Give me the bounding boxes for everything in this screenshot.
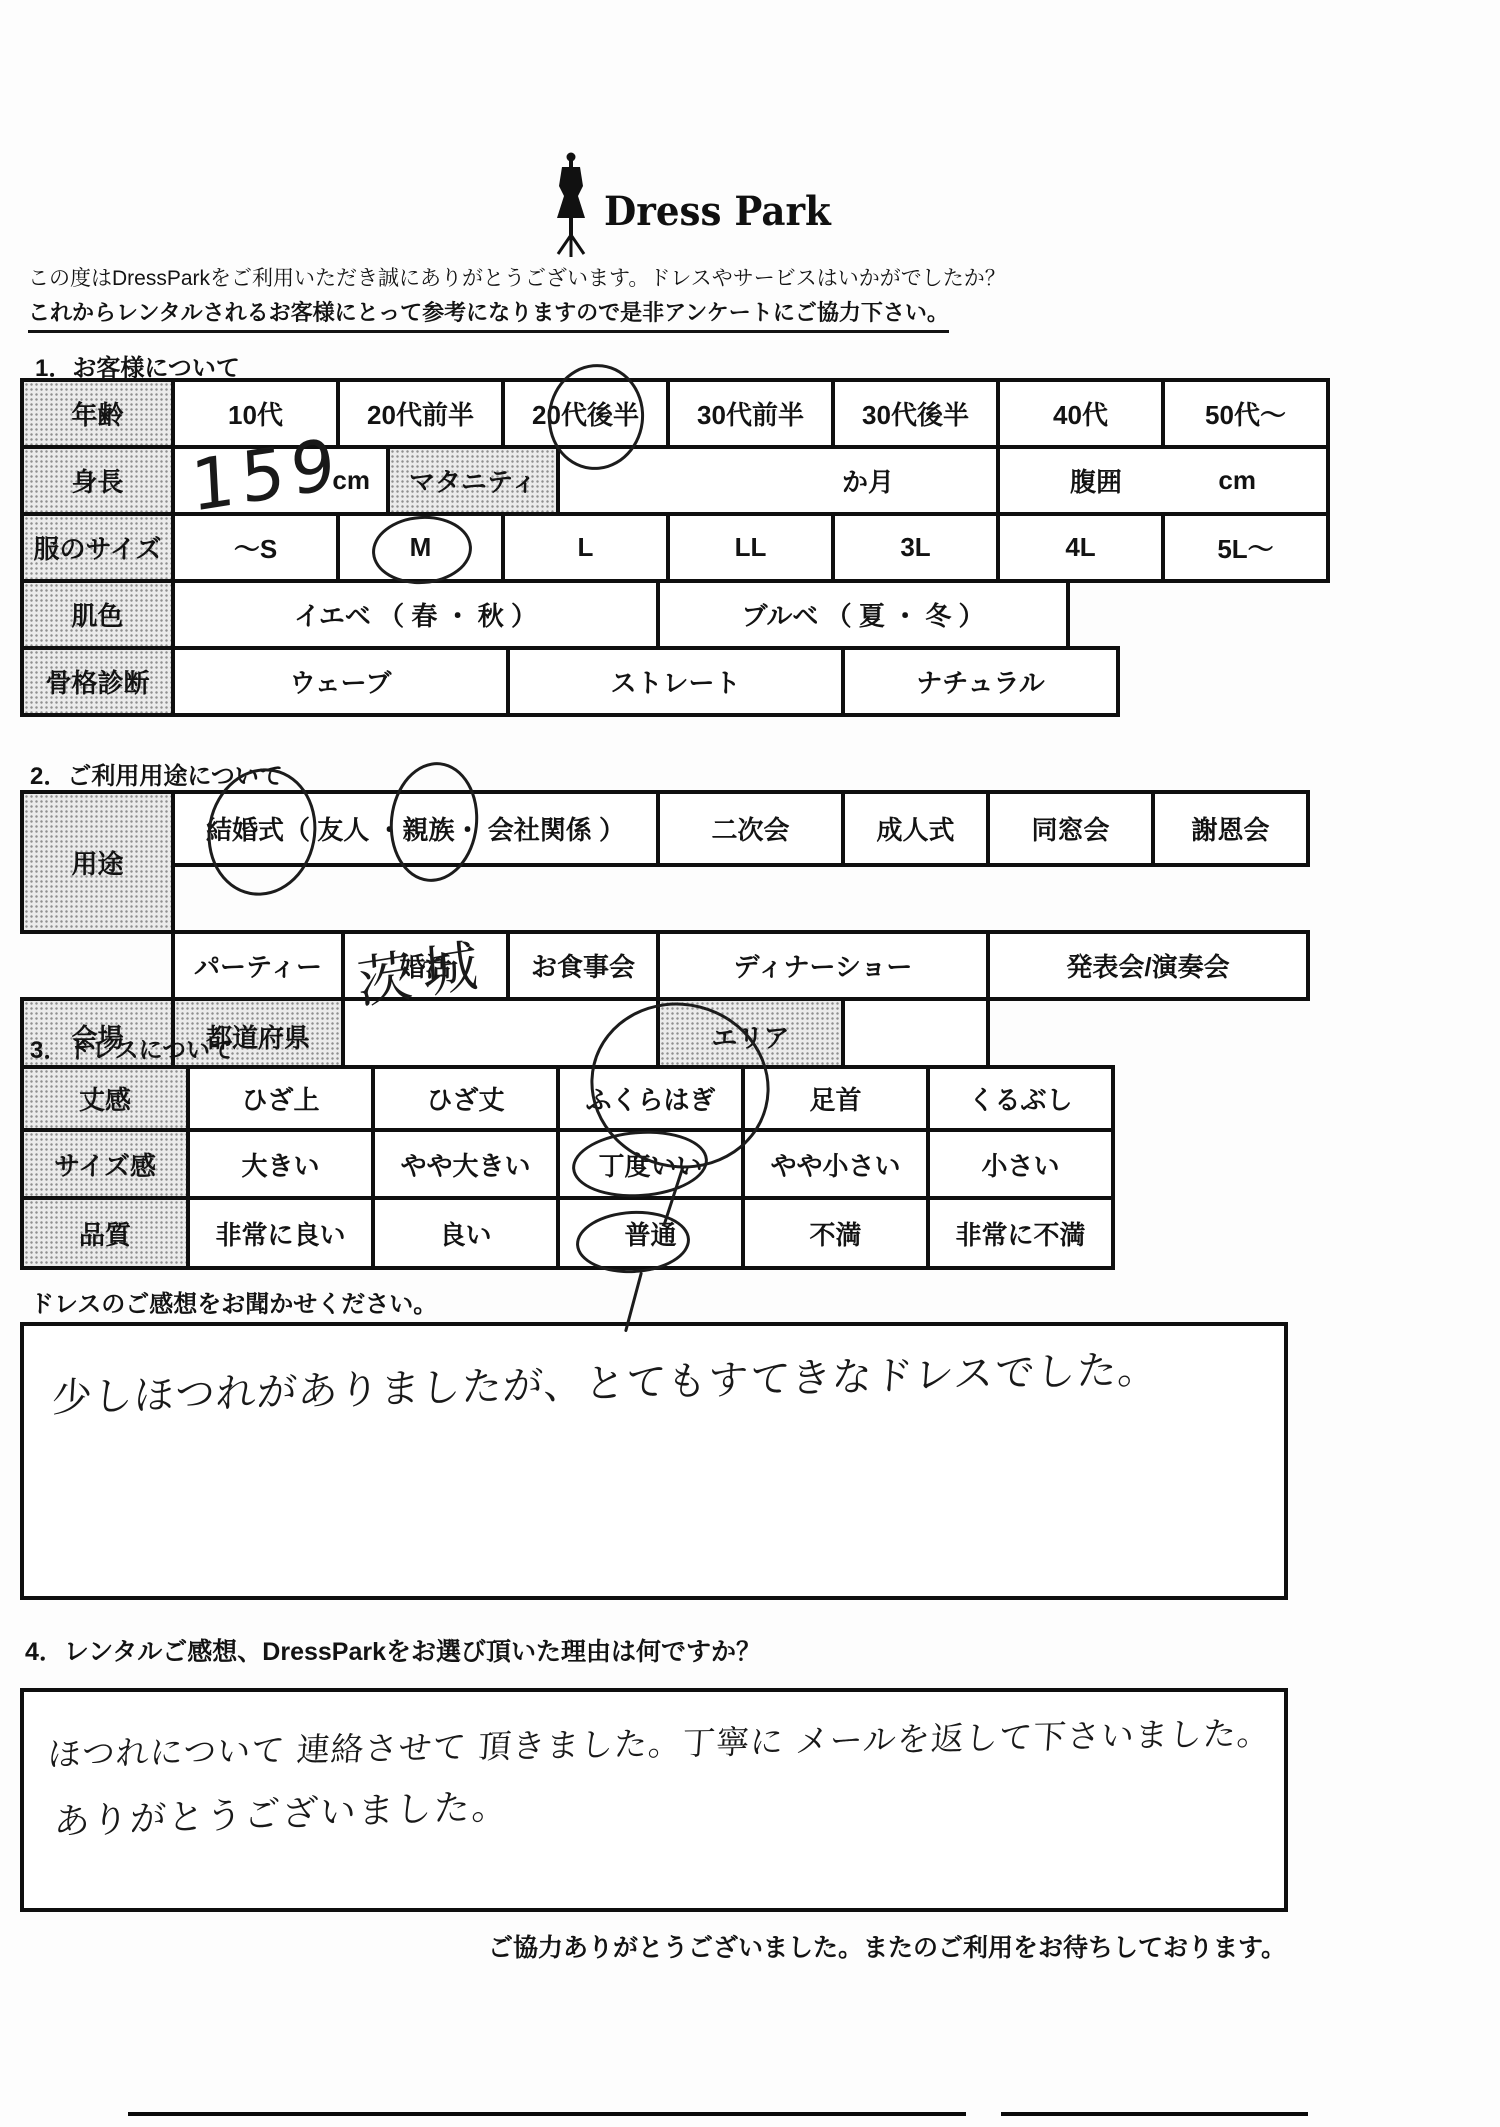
rental-comment-box: ほつれについて 連絡させて 頂きました。丁寧に メールを返して下さいました。 あ… [20,1688,1288,1912]
quality-option: 非常に良い [186,1196,375,1270]
quality-option: 普通 [556,1196,745,1270]
fit-option: やや大きい [371,1128,560,1200]
purpose-option: 二次会 [656,790,845,867]
wedding-relative-label: 親族 [403,810,455,847]
fit-option: 大きい [186,1128,375,1200]
purpose-option-wedding: 結婚式 （ 友人 ・ 親族 ・ 会社関係 ） [171,790,660,867]
quality-option: 不満 [741,1196,930,1270]
fit-option: やや小さい [741,1128,930,1200]
quality-label: 品質 [20,1196,190,1270]
dress-table: 丈感 ひざ上 ひざ丈 ふくらはぎ 足首 くるぶし サイズ感 大きい やや大きい … [20,1065,1115,1270]
dress-comment-prompt: ドレスのご感想をお聞かせください。 [30,1284,437,1319]
intro-line1: この度はDressParkをご利用いただき誠にありがとうございます。ドレスやサー… [28,262,1006,292]
age-row: 年齢 10代 20代前半 20代後半 30代前半 30代後半 40代 50代～ [20,378,1330,449]
maternity-label: マタニティ [386,445,560,516]
scan-artifact-line [128,2112,1308,2116]
brand-logo: Dress Park [548,150,848,262]
skin-row: 肌色 イエベ （ 春 ・ 秋 ） ブルベ （ 夏 ・ 冬 ） [20,579,1330,650]
fit-row: サイズ感 大きい やや大きい 丁度いい やや小さい 小さい [20,1128,1115,1200]
frame-option: ウェーブ [171,646,510,717]
quality-option: 非常に不満 [926,1196,1115,1270]
intro-line2: これからレンタルされるお客様にとって参考になりますので是非アンケートにご協力下さ… [28,296,949,333]
size-option: L [501,512,670,583]
wedding-label: 結婚式 [206,810,284,847]
purpose-option: 同窓会 [986,790,1155,867]
waist-cell: 腹囲 cm [996,445,1330,516]
dress-form-icon [548,150,594,262]
purpose-option: 謝恩会 [1151,790,1310,867]
purpose-option: 発表会/演奏会 [986,930,1310,1001]
frame-row: 骨格診断 ウェーブ ストレート ナチュラル [20,646,1330,717]
size-option: 5L～ [1161,512,1330,583]
rental-comment-line1-handwritten: ほつれについて 連絡させて 頂きました。丁寧に メールを返して下さいました。 [46,1707,1272,1775]
skin-option: イエベ （ 春 ・ 秋 ） [171,579,660,650]
wedding-sub-pre: （ 友人 ・ [284,810,402,847]
age-option: 50代～ [1161,378,1330,449]
age-option: 20代前半 [336,378,505,449]
purpose-option: ディナーショー [656,930,990,1001]
frame-label: 骨格診断 [20,646,175,717]
size-option: LL [666,512,835,583]
age-label: 年齢 [20,378,175,449]
quality-row: 品質 非常に良い 良い 普通 不満 非常に不満 [20,1196,1115,1270]
size-option: 4L [996,512,1165,583]
purpose-label: 用途 [20,790,175,934]
dress-comment-handwritten: 少しほつれがありましたが、とてもすてきなドレスでした。 [50,1337,1160,1423]
fit-option: 丁度いい [556,1128,745,1200]
purpose-row-1: 用途 結婚式 （ 友人 ・ 親族 ・ 会社関係 ） 二次会 成人式 同窓会 謝恩… [20,790,1310,934]
quality-option: 良い [371,1196,560,1270]
purpose-option: お食事会 [506,930,660,1001]
customer-table: 年齢 10代 20代前半 20代後半 30代前半 30代後半 40代 50代～ … [20,378,1330,717]
fit-option: 小さい [926,1128,1115,1200]
age-option: 20代後半 [501,378,670,449]
height-label: 身長 [20,445,175,516]
footer-thanks: ご協力ありがとうございました。またのご利用をお待ちしております。 [488,1928,1286,1964]
length-option: ひざ上 [186,1065,375,1132]
length-option: 足首 [741,1065,930,1132]
purpose-rowspan-spacer [20,930,175,1001]
length-option: くるぶし [926,1065,1115,1132]
size-option: 3L [831,512,1000,583]
size-label: 服のサイズ [20,512,175,583]
skin-label: 肌色 [20,579,175,650]
frame-option: ナチュラル [841,646,1120,717]
wedding-sub-post: ・ 会社関係 ） [455,810,625,847]
section3-title: 3．ドレスについて [30,1030,234,1065]
waist-label: 腹囲 [1070,462,1122,499]
length-label: 丈感 [20,1065,190,1132]
months-label: か月 [556,445,1000,516]
dress-comment-box: 少しほつれがありましたが、とてもすてきなドレスでした。 [20,1322,1288,1600]
purpose-option: パーティー [171,930,345,1001]
skin-option: ブルベ （ 夏 ・ 冬 ） [656,579,1070,650]
size-option: M [336,512,505,583]
rental-comment-line2-handwritten: ありがとうございました。 [53,1778,511,1845]
length-option: ふくらはぎ [556,1065,745,1132]
waist-unit: cm [1218,465,1256,496]
age-option: 40代 [996,378,1165,449]
purpose-row-2: パーティー 婚活 お食事会 ディナーショー 発表会/演奏会 [20,930,1310,1001]
age-option: 30代後半 [831,378,1000,449]
section2-title: 2．ご利用用途について [30,756,283,791]
age-option: 30代前半 [666,378,835,449]
purpose-option: 成人式 [841,790,990,867]
fit-label: サイズ感 [20,1128,190,1200]
brand-name: Dress Park [604,188,831,235]
length-row: 丈感 ひざ上 ひざ丈 ふくらはぎ 足首 くるぶし [20,1065,1115,1132]
frame-option: ストレート [506,646,845,717]
section4-title: 4．レンタルご感想、DressParkをお選び頂いた理由は何ですか？ [25,1632,761,1668]
length-option: ひざ丈 [371,1065,560,1132]
